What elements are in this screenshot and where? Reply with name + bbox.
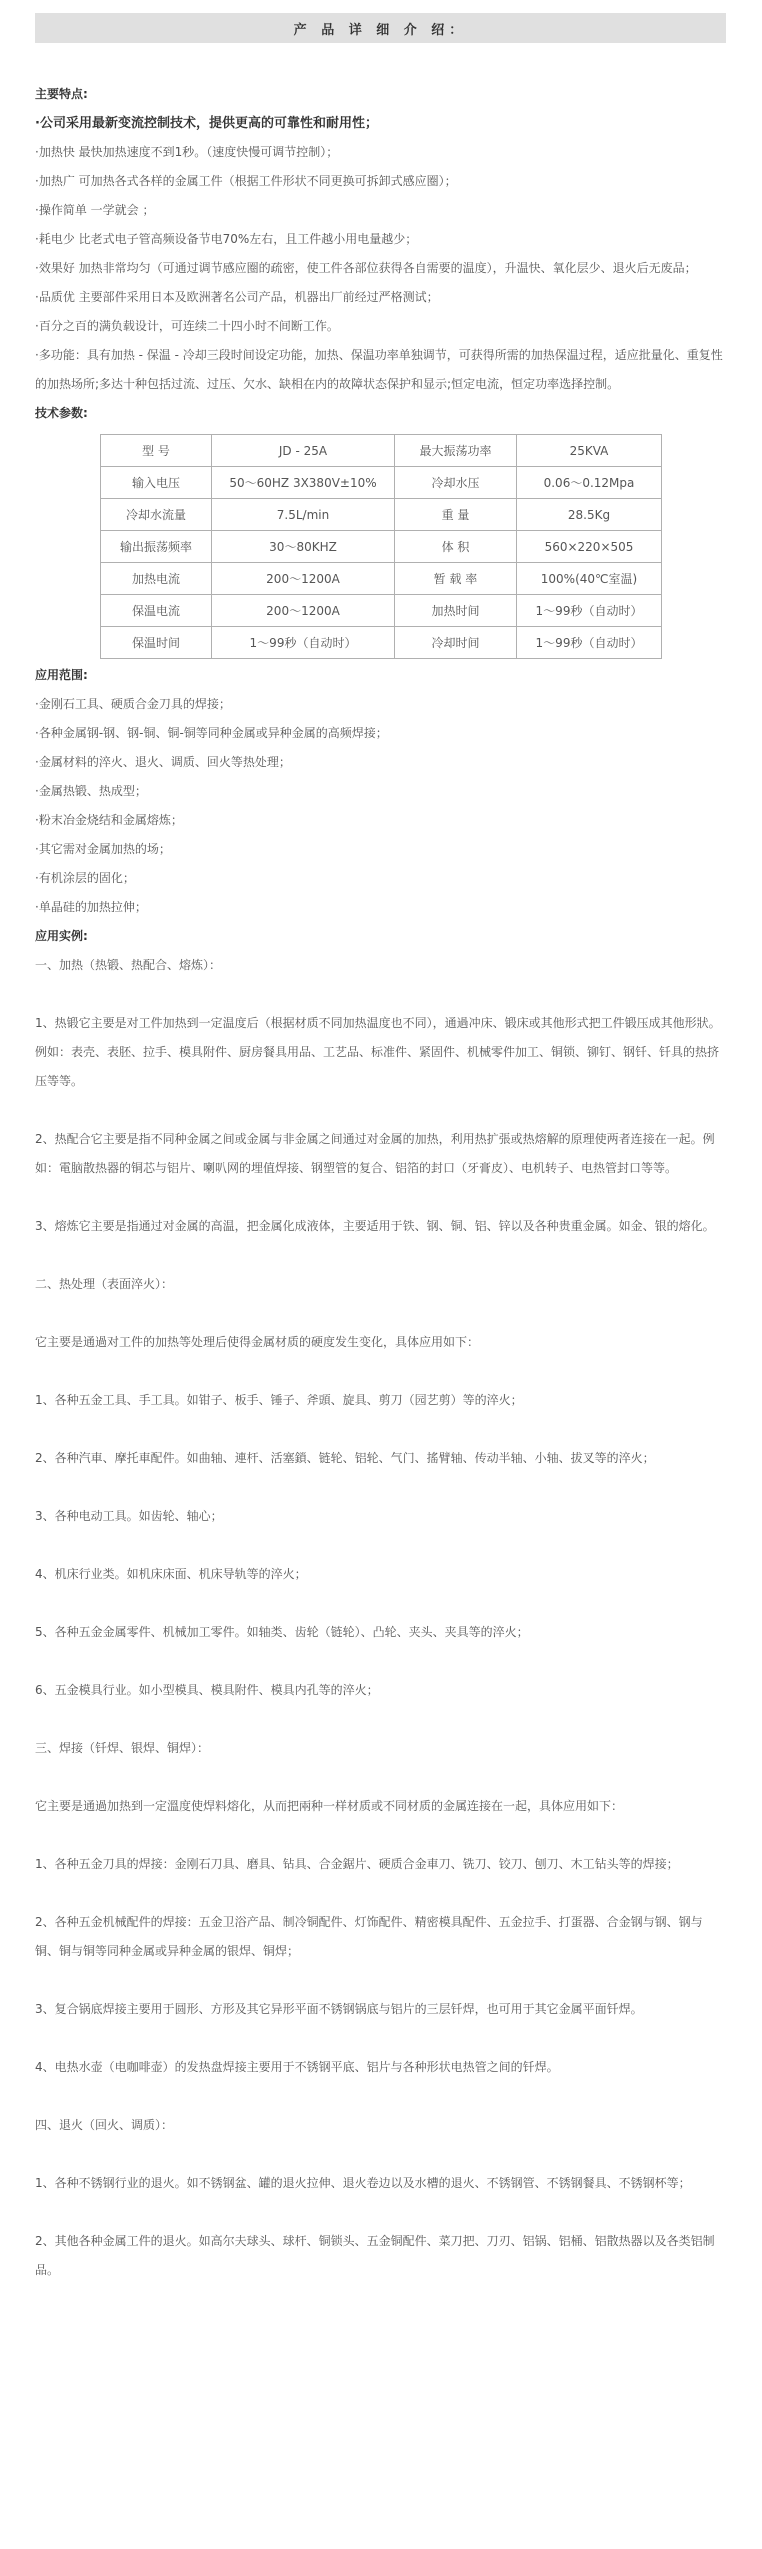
spec-label: 保温时间 xyxy=(101,627,212,659)
scope-heading: 应用范围: xyxy=(35,661,726,690)
example-section-intro: 它主要是通過对工件的加热等处理后使得金属材质的硬度发生变化，具体应用如下： xyxy=(35,1328,726,1357)
spec-value: 25KVA xyxy=(517,435,662,467)
spec-value: 7.5L/min xyxy=(212,499,395,531)
feature-item: ·加热广 可加热各式各样的金属工件（根据工件形状不同更换可拆卸式感应圈）； xyxy=(35,167,726,196)
example-section-title: 一、加热（热锻、热配合、熔炼）： xyxy=(35,951,726,980)
spec-value: JD - 25A xyxy=(212,435,395,467)
spec-value: 200～1200A xyxy=(212,563,395,595)
spec-label: 最大振荡功率 xyxy=(395,435,517,467)
scope-item: ·有机涂层的固化； xyxy=(35,864,726,893)
example-item: 4、电热水壶（电咖啡壶）的发热盘焊接主要用于不锈钢平底、铝片与各种形状电热管之间… xyxy=(35,2053,726,2082)
spec-label: 输入电压 xyxy=(101,467,212,499)
example-item: 3、各种电动工具。如齿轮、轴心； xyxy=(35,1502,726,1531)
feature-item: ·品质优 主要部件采用日本及欧洲著名公司产品，机器出厂前经过严格测试； xyxy=(35,283,726,312)
feature-item: ·多功能：具有加热 - 保温 - 冷却三段时间设定功能，加热、保温功率单独调节，… xyxy=(35,341,726,399)
scope-item: ·其它需对金属加热的场； xyxy=(35,835,726,864)
spec-label: 重 量 xyxy=(395,499,517,531)
spec-value: 200～1200A xyxy=(212,595,395,627)
spec-label: 冷却水流量 xyxy=(101,499,212,531)
spec-label: 加热时间 xyxy=(395,595,517,627)
table-row: 加热电流 200～1200A 暂 载 率 100%(40℃室温) xyxy=(101,563,662,595)
spec-value: 28.5Kg xyxy=(517,499,662,531)
spec-label: 冷却时间 xyxy=(395,627,517,659)
spec-label: 加热电流 xyxy=(101,563,212,595)
spec-value: 1～99秒（自动时） xyxy=(517,595,662,627)
example-section-title: 四、退火（回火、调质）： xyxy=(35,2111,726,2140)
features-lead: ·公司采用最新变流控制技术，提供更高的可靠性和耐用性； xyxy=(35,109,726,138)
spec-label: 冷却水压 xyxy=(395,467,517,499)
example-item: 3、复合锅底焊接主要用于圆形、方形及其它异形平面不锈钢锅底与铝片的三层钎焊，也可… xyxy=(35,1995,726,2024)
scope-item: ·粉末冶金烧结和金属熔炼； xyxy=(35,806,726,835)
title-bar: 产 品 详 细 介 绍： xyxy=(35,13,726,43)
example-item: 1、各种五金刀具的焊接：金刚石刀具、磨具、钻具、合金鋸片、硬质合金車刀、铣刀、铰… xyxy=(35,1850,726,1879)
spec-value: 1～99秒（自动时） xyxy=(212,627,395,659)
spec-label: 暂 载 率 xyxy=(395,563,517,595)
table-row: 冷却水流量 7.5L/min 重 量 28.5Kg xyxy=(101,499,662,531)
scope-item: ·金属热锻、热成型； xyxy=(35,777,726,806)
table-row: 保温时间 1～99秒（自动时） 冷却时间 1～99秒（自动时） xyxy=(101,627,662,659)
example-item: 5、各种五金金属零件、机械加工零件。如轴类、齿轮（链轮）、凸轮、夹头、夹具等的淬… xyxy=(35,1618,726,1647)
scope-item: ·单晶硅的加热拉伸； xyxy=(35,893,726,922)
example-item: 2、各种五金机械配件的焊接：五金卫浴产品、制冷铜配件、灯饰配件、精密模具配件、五… xyxy=(35,1908,726,1966)
example-section-title: 三、焊接（钎焊、银焊、铜焊）： xyxy=(35,1734,726,1763)
spec-table: 型 号 JD - 25A 最大振荡功率 25KVA 输入电压 50～60HZ 3… xyxy=(100,434,662,659)
spec-value: 50～60HZ 3X380V±10% xyxy=(212,467,395,499)
example-item: 1、各种五金工具、手工具。如钳子、板手、锤子、斧頭、旋具、剪刀（园艺剪）等的淬火… xyxy=(35,1386,726,1415)
spec-label: 型 号 xyxy=(101,435,212,467)
features-heading: 主要特点: xyxy=(35,80,726,109)
spec-label: 输出振荡频率 xyxy=(101,531,212,563)
example-item: 4、机床行业类。如机床床面、机床导轨等的淬火； xyxy=(35,1560,726,1589)
content: 主要特点: ·公司采用最新变流控制技术，提供更高的可靠性和耐用性； ·加热快 最… xyxy=(0,80,762,2285)
table-row: 保温电流 200～1200A 加热时间 1～99秒（自动时） xyxy=(101,595,662,627)
table-row: 输入电压 50～60HZ 3X380V±10% 冷却水压 0.06～0.12Mp… xyxy=(101,467,662,499)
example-item: 2、其他各种金属工件的退火。如高尔夫球头、球杆、铜锁头、五金铜配件、菜刀把、刀刃… xyxy=(35,2227,726,2285)
spec-value: 100%(40℃室温) xyxy=(517,563,662,595)
example-item: 3、熔炼它主要是指通过对金属的高温，把金属化成液体，主要适用于铁、钢、铜、铝、锌… xyxy=(35,1212,726,1241)
specs-heading: 技术参数: xyxy=(35,399,726,428)
example-item: 1、热锻它主要是对工件加热到一定温度后（根据材质不同加热温度也不同），通過冲床、… xyxy=(35,1009,726,1096)
product-detail-page: 产 品 详 细 介 绍： 主要特点: ·公司采用最新变流控制技术，提供更高的可靠… xyxy=(0,0,762,2315)
table-row: 型 号 JD - 25A 最大振荡功率 25KVA xyxy=(101,435,662,467)
table-row: 输出振荡频率 30～80KHZ 体 积 560×220×505 xyxy=(101,531,662,563)
spec-label: 保温电流 xyxy=(101,595,212,627)
feature-item: ·百分之百的满负载设计，可连续二十四小时不间断工作。 xyxy=(35,312,726,341)
feature-item: ·加热快 最快加热速度不到1秒。（速度快慢可调节控制）； xyxy=(35,138,726,167)
spec-value: 30～80KHZ xyxy=(212,531,395,563)
feature-item: ·效果好 加热非常均匀（可通过调节感应圈的疏密，使工件各部位获得各自需要的温度）… xyxy=(35,254,726,283)
example-item: 2、各种汽車、摩托車配件。如曲轴、連杆、活塞鎖、链轮、铝轮、气门、搖臂轴、传动半… xyxy=(35,1444,726,1473)
scope-item: ·各种金属钢-钢、钢-铜、铜-铜等同种金属或异种金属的高频焊接； xyxy=(35,719,726,748)
spec-label: 体 积 xyxy=(395,531,517,563)
spec-value: 0.06～0.12Mpa xyxy=(517,467,662,499)
example-item: 2、热配合它主要是指不同种金属之间或金属与非金属之间通过对金属的加热，利用热扩張… xyxy=(35,1125,726,1183)
example-section-intro: 它主要是通過加热到一定溫度使焊料熔化，从而把兩种一样材质或不同材质的金属连接在一… xyxy=(35,1792,726,1821)
feature-item: ·耗电少 比老式电子管高频设备节电70%左右，且工件越小用电量越少； xyxy=(35,225,726,254)
scope-item: ·金属材料的淬火、退火、调质、回火等热处理； xyxy=(35,748,726,777)
example-item: 1、各种不锈钢行业的退火。如不锈钢盆、罐的退火拉伸、退火卷边以及水槽的退火、不锈… xyxy=(35,2169,726,2198)
spec-value: 1～99秒（自动时） xyxy=(517,627,662,659)
scope-item: ·金刚石工具、硬质合金刀具的焊接； xyxy=(35,690,726,719)
spec-value: 560×220×505 xyxy=(517,531,662,563)
example-item: 6、五金模具行业。如小型模具、模具附件、模具内孔等的淬火； xyxy=(35,1676,726,1705)
page-title: 产 品 详 细 介 绍： xyxy=(294,19,468,38)
example-section-title: 二、热处理（表面淬火）： xyxy=(35,1270,726,1299)
examples-heading: 应用实例: xyxy=(35,922,726,951)
feature-item: ·操作简单 一学就会 ； xyxy=(35,196,726,225)
